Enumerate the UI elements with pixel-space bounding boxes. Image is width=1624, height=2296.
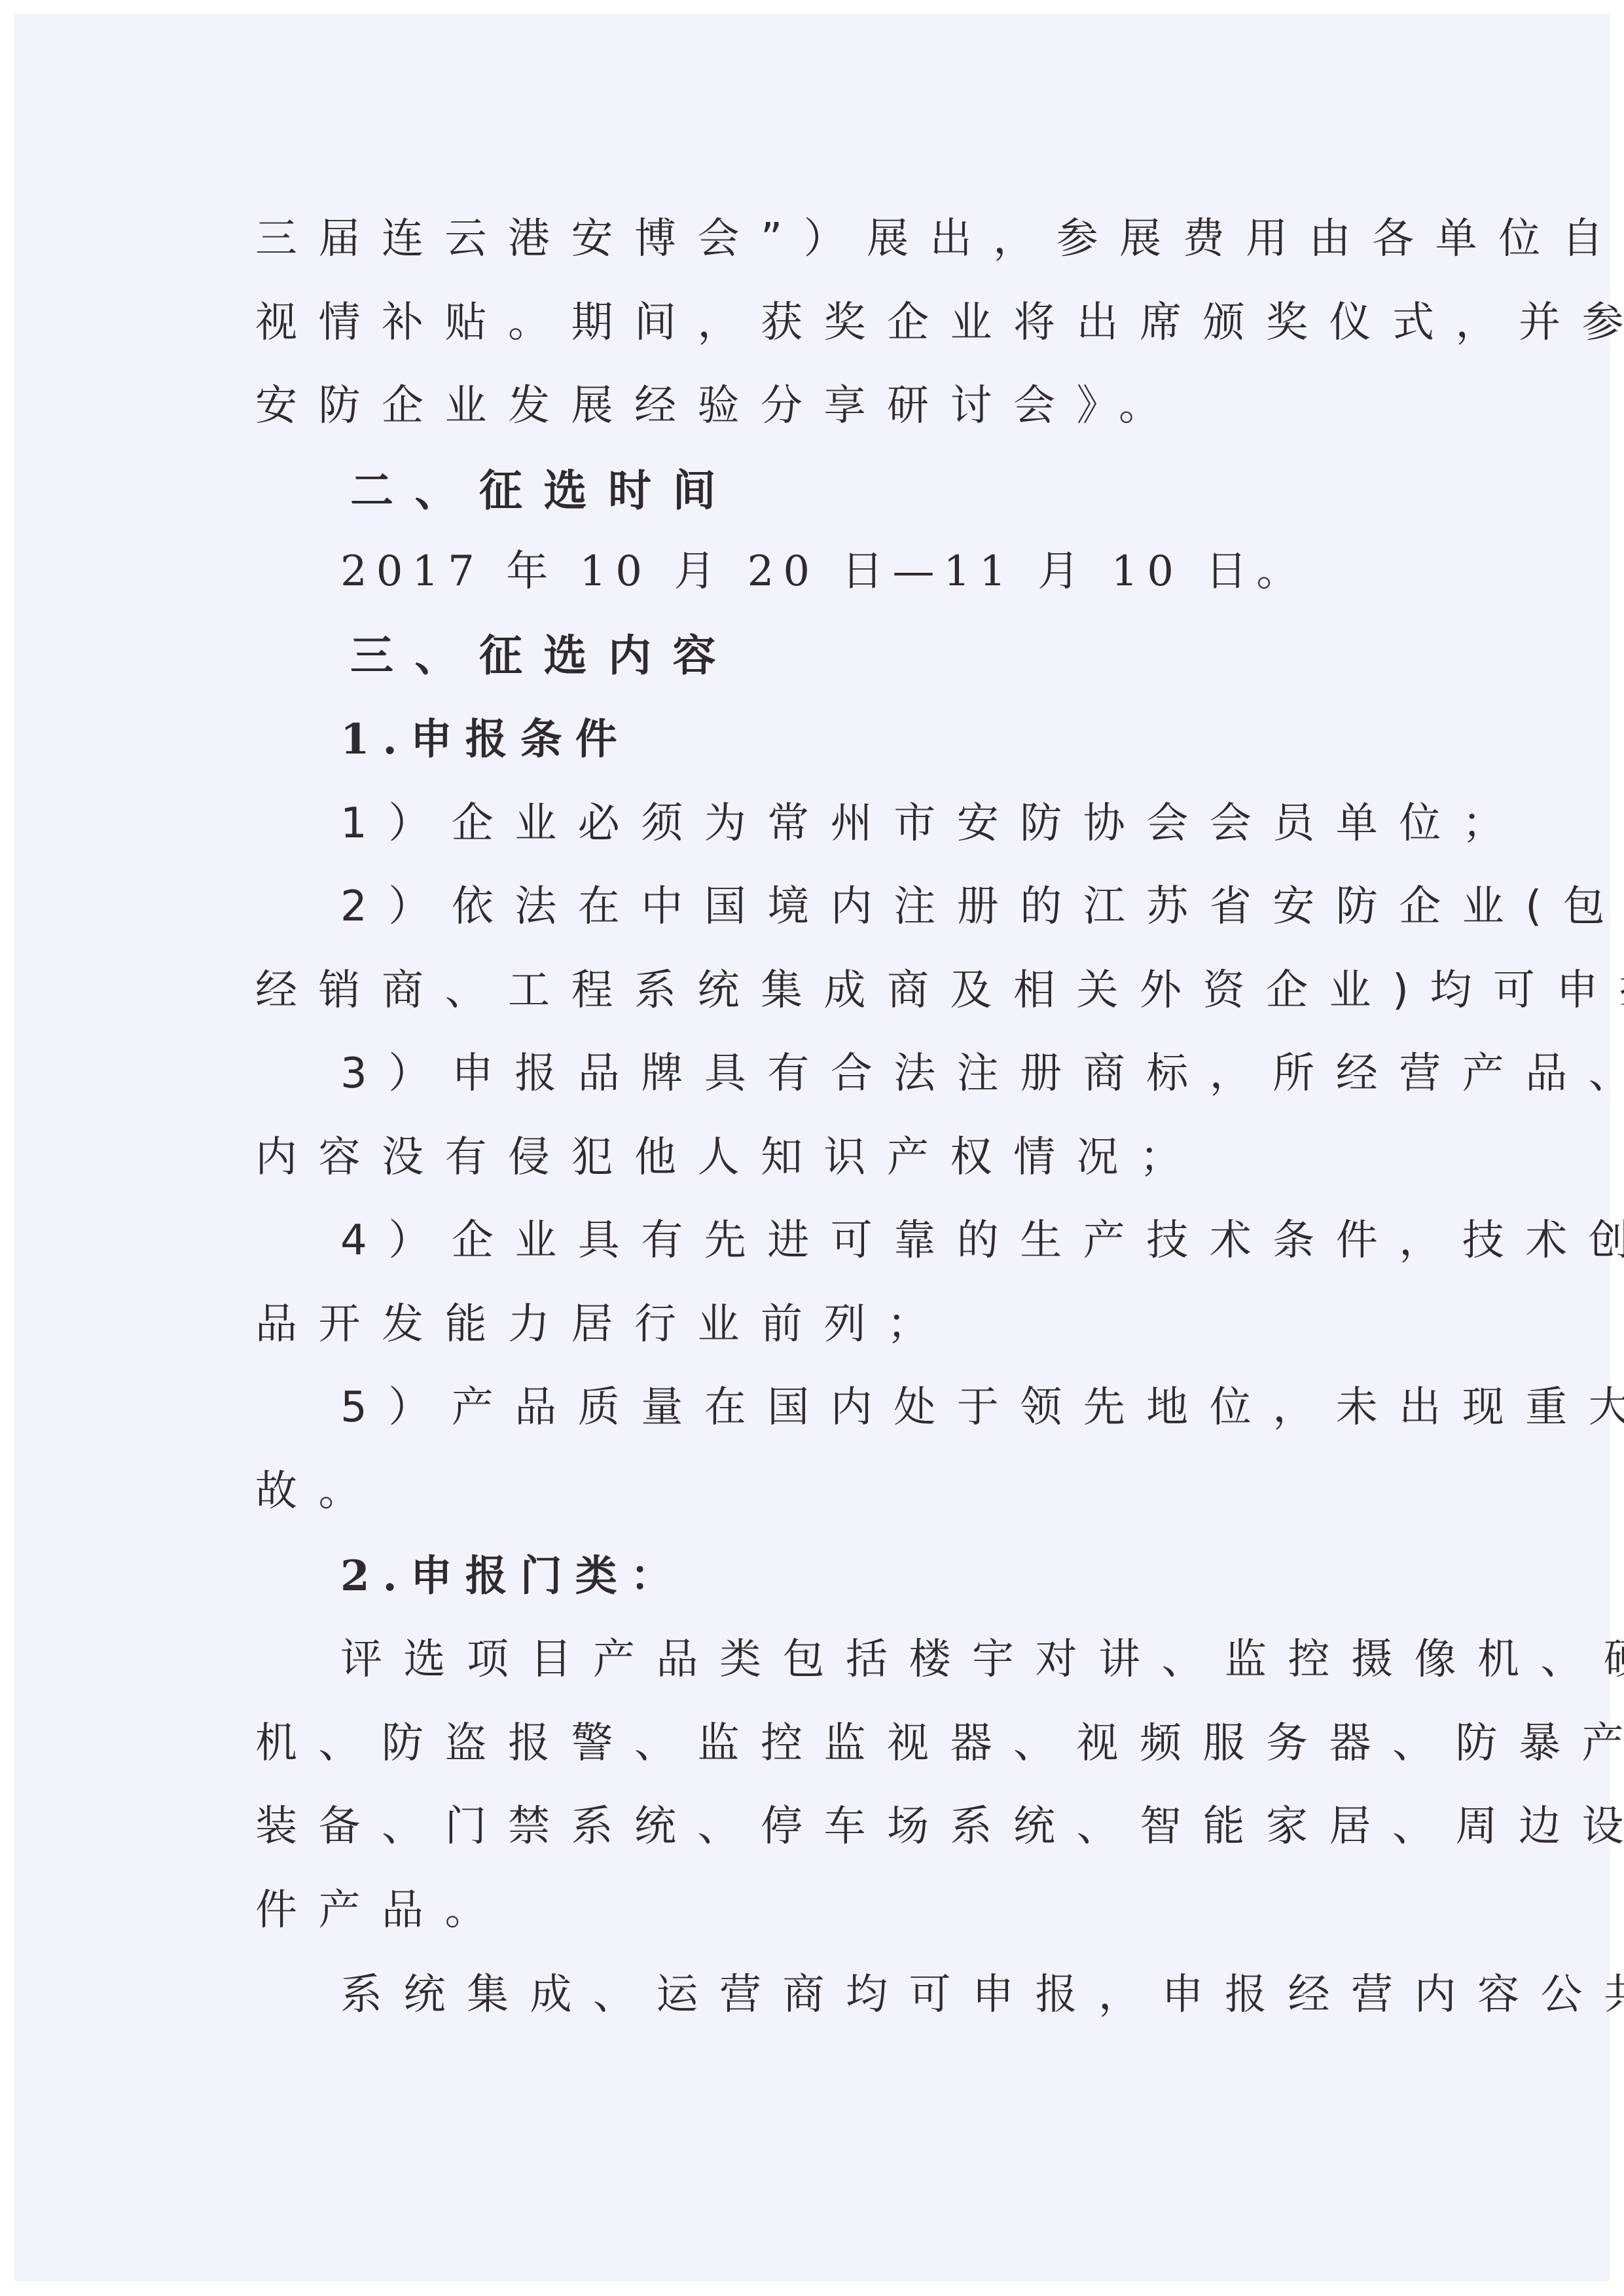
- condition-3-line-1: 3）申报品牌具有合法注册商标，所经营产品、项目等: [340, 1041, 1624, 1106]
- section-heading-time: 二、征选时间: [350, 458, 737, 524]
- categories-line-1: 评选项目产品类包括楼宇对讲、监控摄像机、硬盘录像: [340, 1627, 1624, 1692]
- categories-line-2: 机、防盗报警、监控监视器、视频服务器、防暴产品、警用: [255, 1711, 1624, 1776]
- subsection-heading-categories: 2.申报门类：: [340, 1544, 685, 1609]
- condition-5-line-1: 5）产品质量在国内处于领先地位，未出现重大质量事: [340, 1375, 1624, 1440]
- intro-line-2: 视情补贴。期间，获奖企业将出席颁奖仪式，并参加《江苏: [255, 290, 1624, 355]
- condition-2-line-1: 2）依法在中国境内注册的江苏省安防企业(包括生产商、: [340, 874, 1624, 939]
- subsection-heading-conditions: 1.申报条件: [340, 707, 630, 773]
- date-range: 2017 年 10 月 20 日—11 月 10 日。: [340, 539, 1307, 604]
- intro-line-1: 三届连云港安博会”）展出，参展费用由各单位自理，协会: [255, 206, 1624, 272]
- categories-line-3: 装备、门禁系统、停车场系统、智能家居、周边设备等软硬: [255, 1794, 1624, 1859]
- condition-4-line-2: 品开发能力居行业前列；: [255, 1292, 950, 1357]
- categories-line-4: 件产品。: [255, 1878, 508, 1943]
- condition-5-line-2: 故。: [255, 1459, 382, 1524]
- condition-3-line-2: 内容没有侵犯他人知识产权情况；: [255, 1125, 1203, 1190]
- condition-4-line-1: 4）企业具有先进可靠的生产技术条件，技术创新、产: [340, 1208, 1624, 1273]
- intro-line-3: 安防企业发展经验分享研讨会》。: [255, 373, 1182, 439]
- condition-2-line-2: 经销商、工程系统集成商及相关外资企业)均可申报；: [255, 958, 1624, 1023]
- section-heading-content: 三、征选内容: [350, 623, 737, 689]
- condition-1: 1）企业必须为常州市安防协会会员单位；: [340, 791, 1525, 856]
- system-integration-line-1: 系统集成、运营商均可申报，申报经营内容公共安全，: [340, 1962, 1624, 2028]
